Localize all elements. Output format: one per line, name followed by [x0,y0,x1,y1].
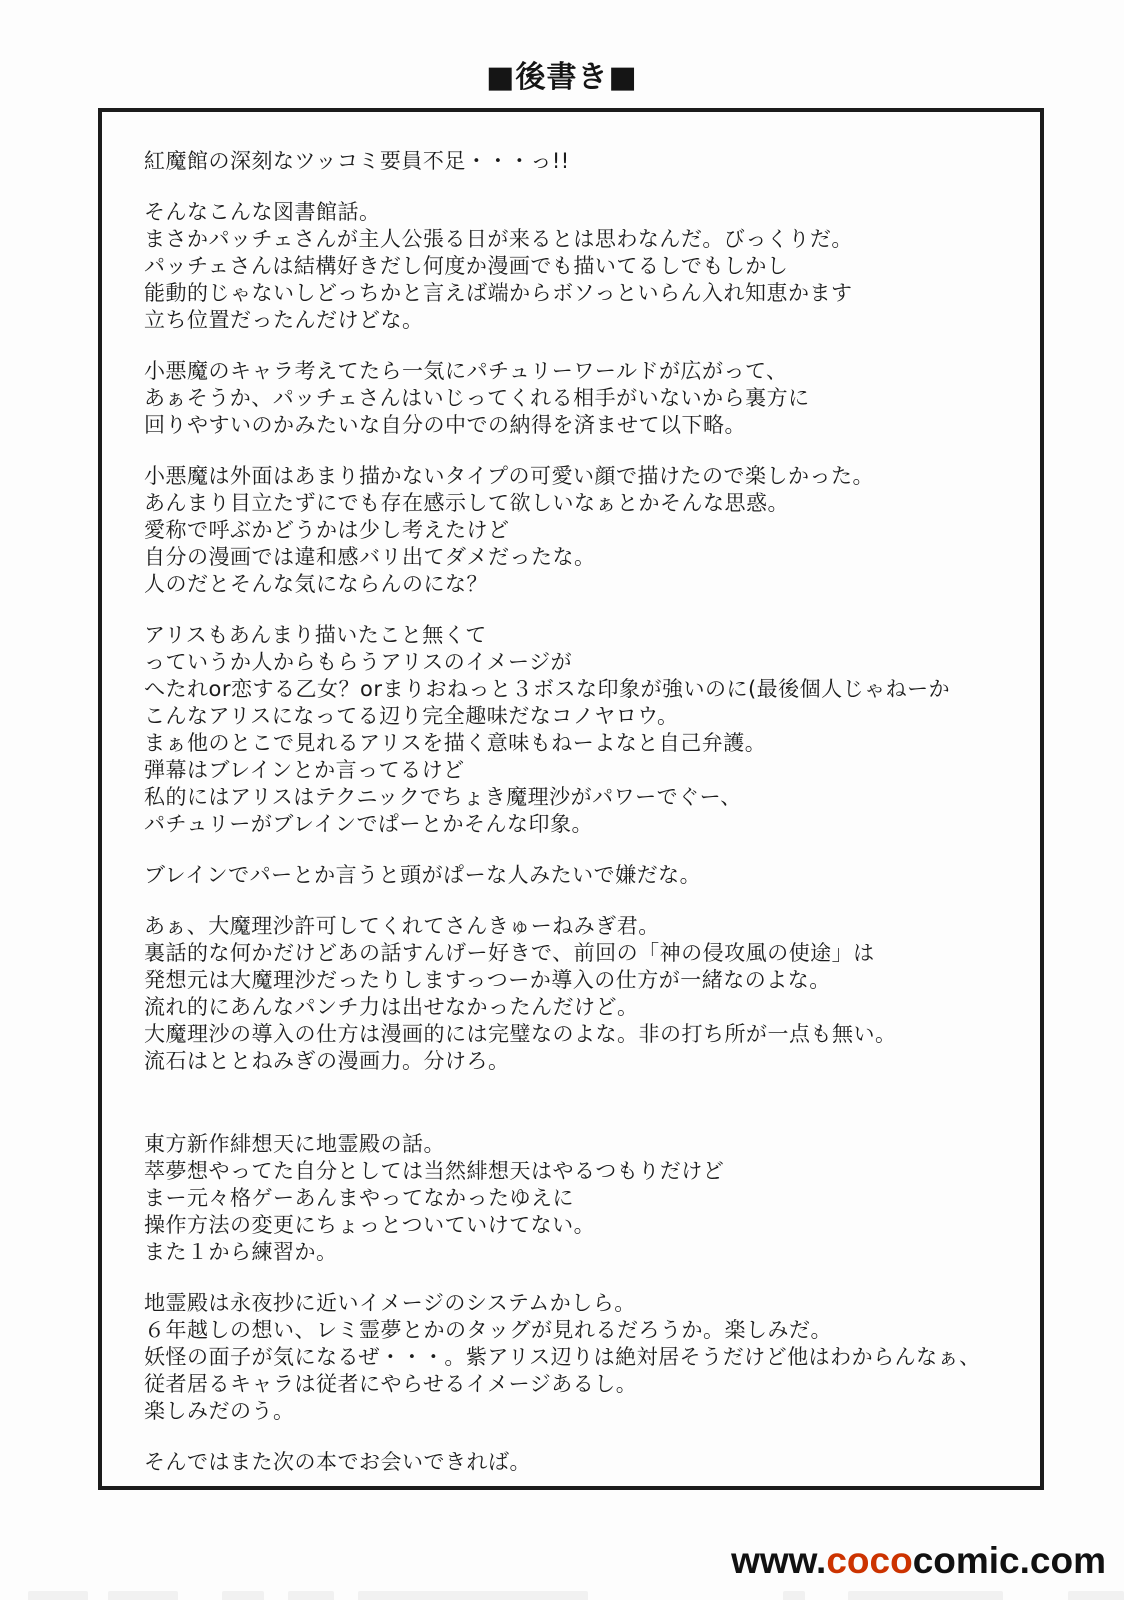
text-line: 能動的じゃないしどっちかと言えば端からボソっといらん入れ知恵かます [144,280,1012,307]
scan-artifact [288,1591,334,1600]
scan-artifact [358,1591,588,1600]
scan-artifact [108,1591,178,1600]
paragraph: 紅魔館の深刻なツッコミ要員不足・・・っ!! [144,148,1012,175]
text-line: 地霊殿は永夜抄に近いイメージのシステムかしら。 [144,1290,1012,1317]
afterword-page: ■後書き■ 紅魔館の深刻なツッコミ要員不足・・・っ!!そんなこんな図書館話。まさ… [0,0,1124,1600]
paragraph: アリスもあんまり描いたこと無くてっていうか人からもらうアリスのイメージがへたれo… [144,622,1012,838]
text-line: 従者居るキャラは従者にやらせるイメージあるし。 [144,1371,1012,1398]
text-line: あぁ、大魔理沙許可してくれてさんきゅーねみぎ君。 [144,913,1012,940]
text-line: アリスもあんまり描いたこと無くて [144,622,1012,649]
text-line: 愛称で呼ぶかどうかは少し考えたけど [144,517,1012,544]
text-line: そんではまた次の本でお会いできれば。 [144,1449,1012,1476]
text-line: 立ち位置だったんだけどな。 [144,307,1012,334]
scan-artifact-row [0,1588,1124,1600]
text-line: 自分の漫画では違和感バリ出てダメだったな。 [144,544,1012,571]
paragraph: そんではまた次の本でお会いできれば。 [144,1449,1012,1476]
scan-artifact [1068,1591,1124,1600]
afterword-box: 紅魔館の深刻なツッコミ要員不足・・・っ!!そんなこんな図書館話。まさかパッチェさ… [98,108,1044,1490]
page-title: ■後書き■ [0,52,1124,96]
text-line: 妖怪の面子が気になるぜ・・・。紫アリス辺りは絶対居そうだけど他はわからんなぁ、 [144,1344,1012,1371]
text-line: パチュリーがブレインでぱーとかそんな印象。 [144,811,1012,838]
text-line: 東方新作緋想天に地霊殿の話。 [144,1131,1012,1158]
text-line: 流石はととねみぎの漫画力。分けろ。 [144,1048,1012,1075]
watermark-url: www.cococomic.com [731,1540,1106,1582]
watermark-prefix: www. [731,1540,826,1581]
scan-artifact [28,1591,88,1600]
afterword-body: 紅魔館の深刻なツッコミ要員不足・・・っ!!そんなこんな図書館話。まさかパッチェさ… [102,112,1040,1476]
text-line: 楽しみだのう。 [144,1398,1012,1425]
text-line: 小悪魔のキャラ考えてたら一気にパチュリーワールドが広がって、 [144,358,1012,385]
text-line: 人のだとそんな気にならんのにな？ [144,571,1012,598]
text-line: ６年越しの想い、レミ霊夢とかのタッグが見れるだろうか。楽しみだ。 [144,1317,1012,1344]
text-line: まー元々格ゲーあんまやってなかったゆえに [144,1185,1012,1212]
text-line: パッチェさんは結構好きだし何度か漫画でも描いてるしでもしかし [144,253,1012,280]
text-line: 紅魔館の深刻なツッコミ要員不足・・・っ!! [144,148,1012,175]
text-line: まさかパッチェさんが主人公張る日が来るとは思わなんだ。びっくりだ。 [144,226,1012,253]
text-line: あぁそうか、パッチェさんはいじってくれる相手がいないから裏方に [144,385,1012,412]
paragraph: ブレインでパーとか言うと頭がぱーな人みたいで嫌だな。 [144,862,1012,889]
scan-artifact [783,1591,805,1600]
text-line: 発想元は大魔理沙だったりしますっつーか導入の仕方が一緒なのよな。 [144,967,1012,994]
text-line: へたれor恋する乙女？orまりおねっと３ボスな印象が強いのに(最後個人じゃねーか [144,676,1012,703]
paragraph: 東方新作緋想天に地霊殿の話。萃夢想やってた自分としては当然緋想天はやるつもりだけ… [144,1131,1012,1266]
text-line: 流れ的にあんなパンチ力は出せなかったんだけど。 [144,994,1012,1021]
paragraph: あぁ、大魔理沙許可してくれてさんきゅーねみぎ君。裏話的な何かだけどあの話すんげー… [144,913,1012,1075]
text-line: 萃夢想やってた自分としては当然緋想天はやるつもりだけど [144,1158,1012,1185]
paragraph: 地霊殿は永夜抄に近いイメージのシステムかしら。６年越しの想い、レミ霊夢とかのタッ… [144,1290,1012,1425]
text-line: あんまり目立たずにでも存在感示して欲しいなぁとかそんな思惑。 [144,490,1012,517]
text-line: こんなアリスになってる辺り完全趣味だなコノヤロウ。 [144,703,1012,730]
text-line: また１から練習か。 [144,1239,1012,1266]
text-line: そんなこんな図書館話。 [144,199,1012,226]
text-line: ブレインでパーとか言うと頭がぱーな人みたいで嫌だな。 [144,862,1012,889]
paragraph: 小悪魔は外面はあまり描かないタイプの可愛い顔で描けたので楽しかった。あんまり目立… [144,463,1012,598]
text-line: 大魔理沙の導入の仕方は漫画的には完璧なのよな。非の打ち所が一点も無い。 [144,1021,1012,1048]
text-line: 裏話的な何かだけどあの話すんげー好きで、前回の「神の侵攻風の使途」は [144,940,1012,967]
paragraph: そんなこんな図書館話。まさかパッチェさんが主人公張る日が来るとは思わなんだ。びっ… [144,199,1012,334]
scan-artifact [848,1591,1003,1600]
scan-artifact [222,1591,264,1600]
text-line: 操作方法の変更にちょっとついていけてない。 [144,1212,1012,1239]
text-line: っていうか人からもらうアリスのイメージが [144,649,1012,676]
text-line: 小悪魔は外面はあまり描かないタイプの可愛い顔で描けたので楽しかった。 [144,463,1012,490]
paragraph: 小悪魔のキャラ考えてたら一気にパチュリーワールドが広がって、あぁそうか、パッチェ… [144,358,1012,439]
text-line: 私的にはアリスはテクニックでちょき魔理沙がパワーでぐー、 [144,784,1012,811]
text-line: まぁ他のとこで見れるアリスを描く意味もねーよなと自己弁護。 [144,730,1012,757]
text-line: 弾幕はブレインとか言ってるけど [144,757,1012,784]
text-line: 回りやすいのかみたいな自分の中での納得を済ませて以下略。 [144,412,1012,439]
watermark-suffix: comic.com [913,1540,1106,1581]
watermark-highlight: coco [826,1540,912,1581]
